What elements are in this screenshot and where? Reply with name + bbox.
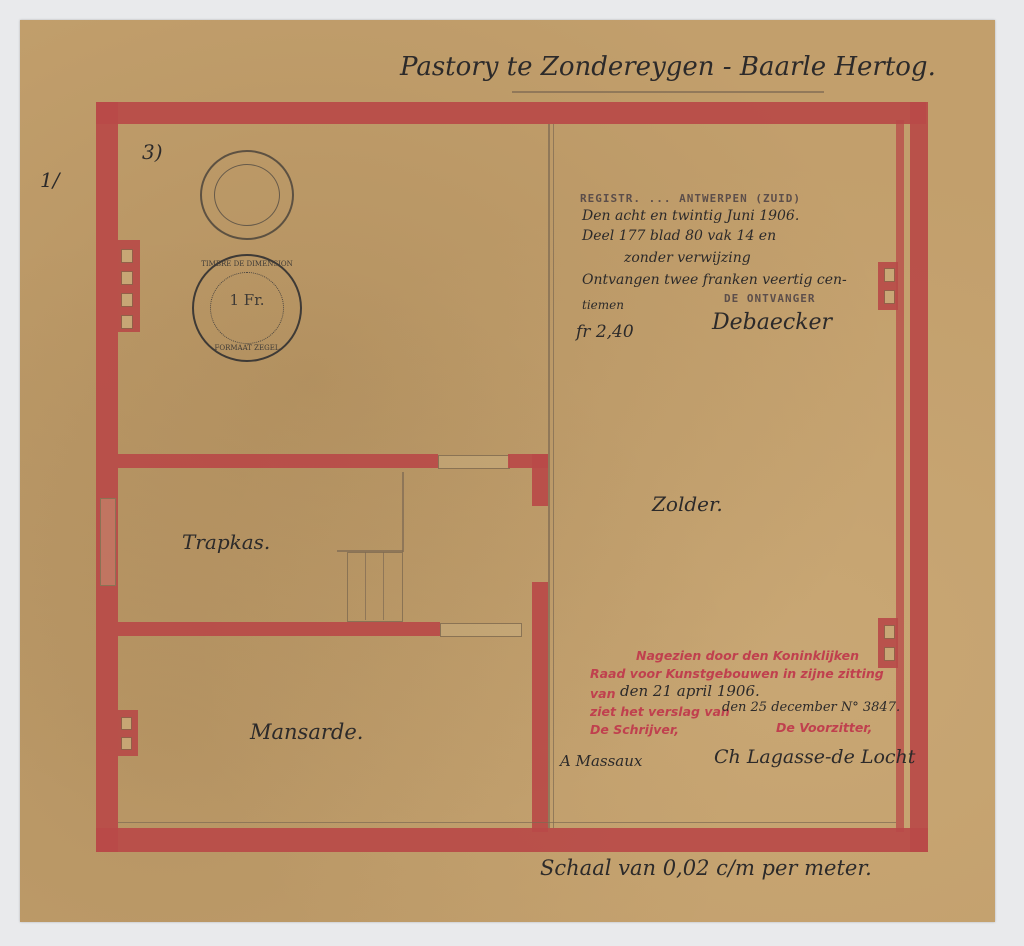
wall-top (96, 102, 926, 124)
registration-line-4: Ontvangen twee franken veertig cen- (582, 272, 847, 288)
window-left-bottom (118, 710, 138, 756)
floor-line (118, 822, 896, 823)
page-mark: 1/ (40, 168, 59, 192)
wall-stair-right-lower (532, 582, 548, 832)
approval-line-1: Nagezien door den Koninklijken (636, 648, 859, 663)
opening-left (100, 498, 116, 586)
registration-line-1: Den acht en twintig Juni 1906. (582, 208, 799, 224)
title-underline (512, 91, 824, 93)
stair-steps (347, 552, 403, 622)
seal-stamp (200, 150, 294, 240)
room-label-stair: Trapkas. (182, 530, 270, 554)
wall-stair-bottom (118, 622, 440, 636)
room-label-mansard: Mansarde. (250, 720, 363, 744)
scale-note: Schaal van 0,02 c/m per meter. (540, 856, 872, 880)
registration-amount: fr 2,40 (576, 322, 634, 342)
receiver-stamp: DE ONTVANGER (724, 292, 815, 305)
registration-line-3: zonder verwijzing (624, 250, 751, 266)
wall-stair-top (118, 454, 438, 468)
wall-right-outer (910, 102, 928, 852)
partition-center (548, 124, 550, 828)
secretary-label: De Schrijver, (590, 722, 679, 737)
dimension-stamp-top-text: TIMBRE DE DIMENSION (194, 260, 300, 268)
secretary-signature: A Massaux (560, 752, 642, 770)
wall-left (96, 102, 118, 852)
window-left-top (118, 240, 140, 332)
dimension-stamp: TIMBRE DE DIMENSION 1 Fr. FORMAAT ZEGEL (192, 254, 302, 362)
floor-plan-sheet (20, 20, 995, 922)
president-label: De Voorzitter, (776, 720, 872, 735)
wall-right-inner (896, 120, 904, 832)
stair-step-2 (383, 552, 384, 620)
president-signature: Ch Lagasse-de Locht (714, 746, 915, 768)
room-label-attic: Zolder. (652, 492, 723, 516)
registration-stamp-header: REGISTR. ... ANTWERPEN (ZUID) (580, 192, 801, 205)
stair-rail-v (402, 472, 404, 552)
receiver-signature: Debaecker (712, 310, 832, 335)
approval-line-3-date: den 21 april 1906. (620, 682, 760, 700)
approval-line-3-prefix: van (590, 686, 615, 701)
wall-stair-right-stub (532, 454, 548, 506)
registration-line-5: tiemen (582, 298, 624, 312)
sheet-number: 3) (142, 140, 163, 164)
door-stair-bottom (440, 623, 522, 637)
dimension-stamp-bottom-text: FORMAAT ZEGEL (194, 344, 300, 352)
document-title: Pastory te Zondereygen - Baarle Hertog. (400, 52, 936, 82)
window-right-bottom (878, 618, 898, 668)
partition-center-2 (553, 124, 554, 828)
door-stair-top (438, 455, 510, 469)
registration-line-2: Deel 177 blad 80 vak 14 en (582, 228, 776, 244)
approval-line-4-ref: den 25 december N° 3847. (722, 700, 900, 715)
wall-bottom (96, 828, 928, 852)
approval-line-4-prefix: ziet het verslag van (590, 704, 730, 719)
dimension-stamp-value: 1 Fr. (222, 292, 272, 308)
stair-step-1 (365, 552, 366, 620)
approval-line-2: Raad voor Kunstgebouwen in zijne zitting (590, 666, 884, 681)
window-right-top (878, 262, 898, 310)
